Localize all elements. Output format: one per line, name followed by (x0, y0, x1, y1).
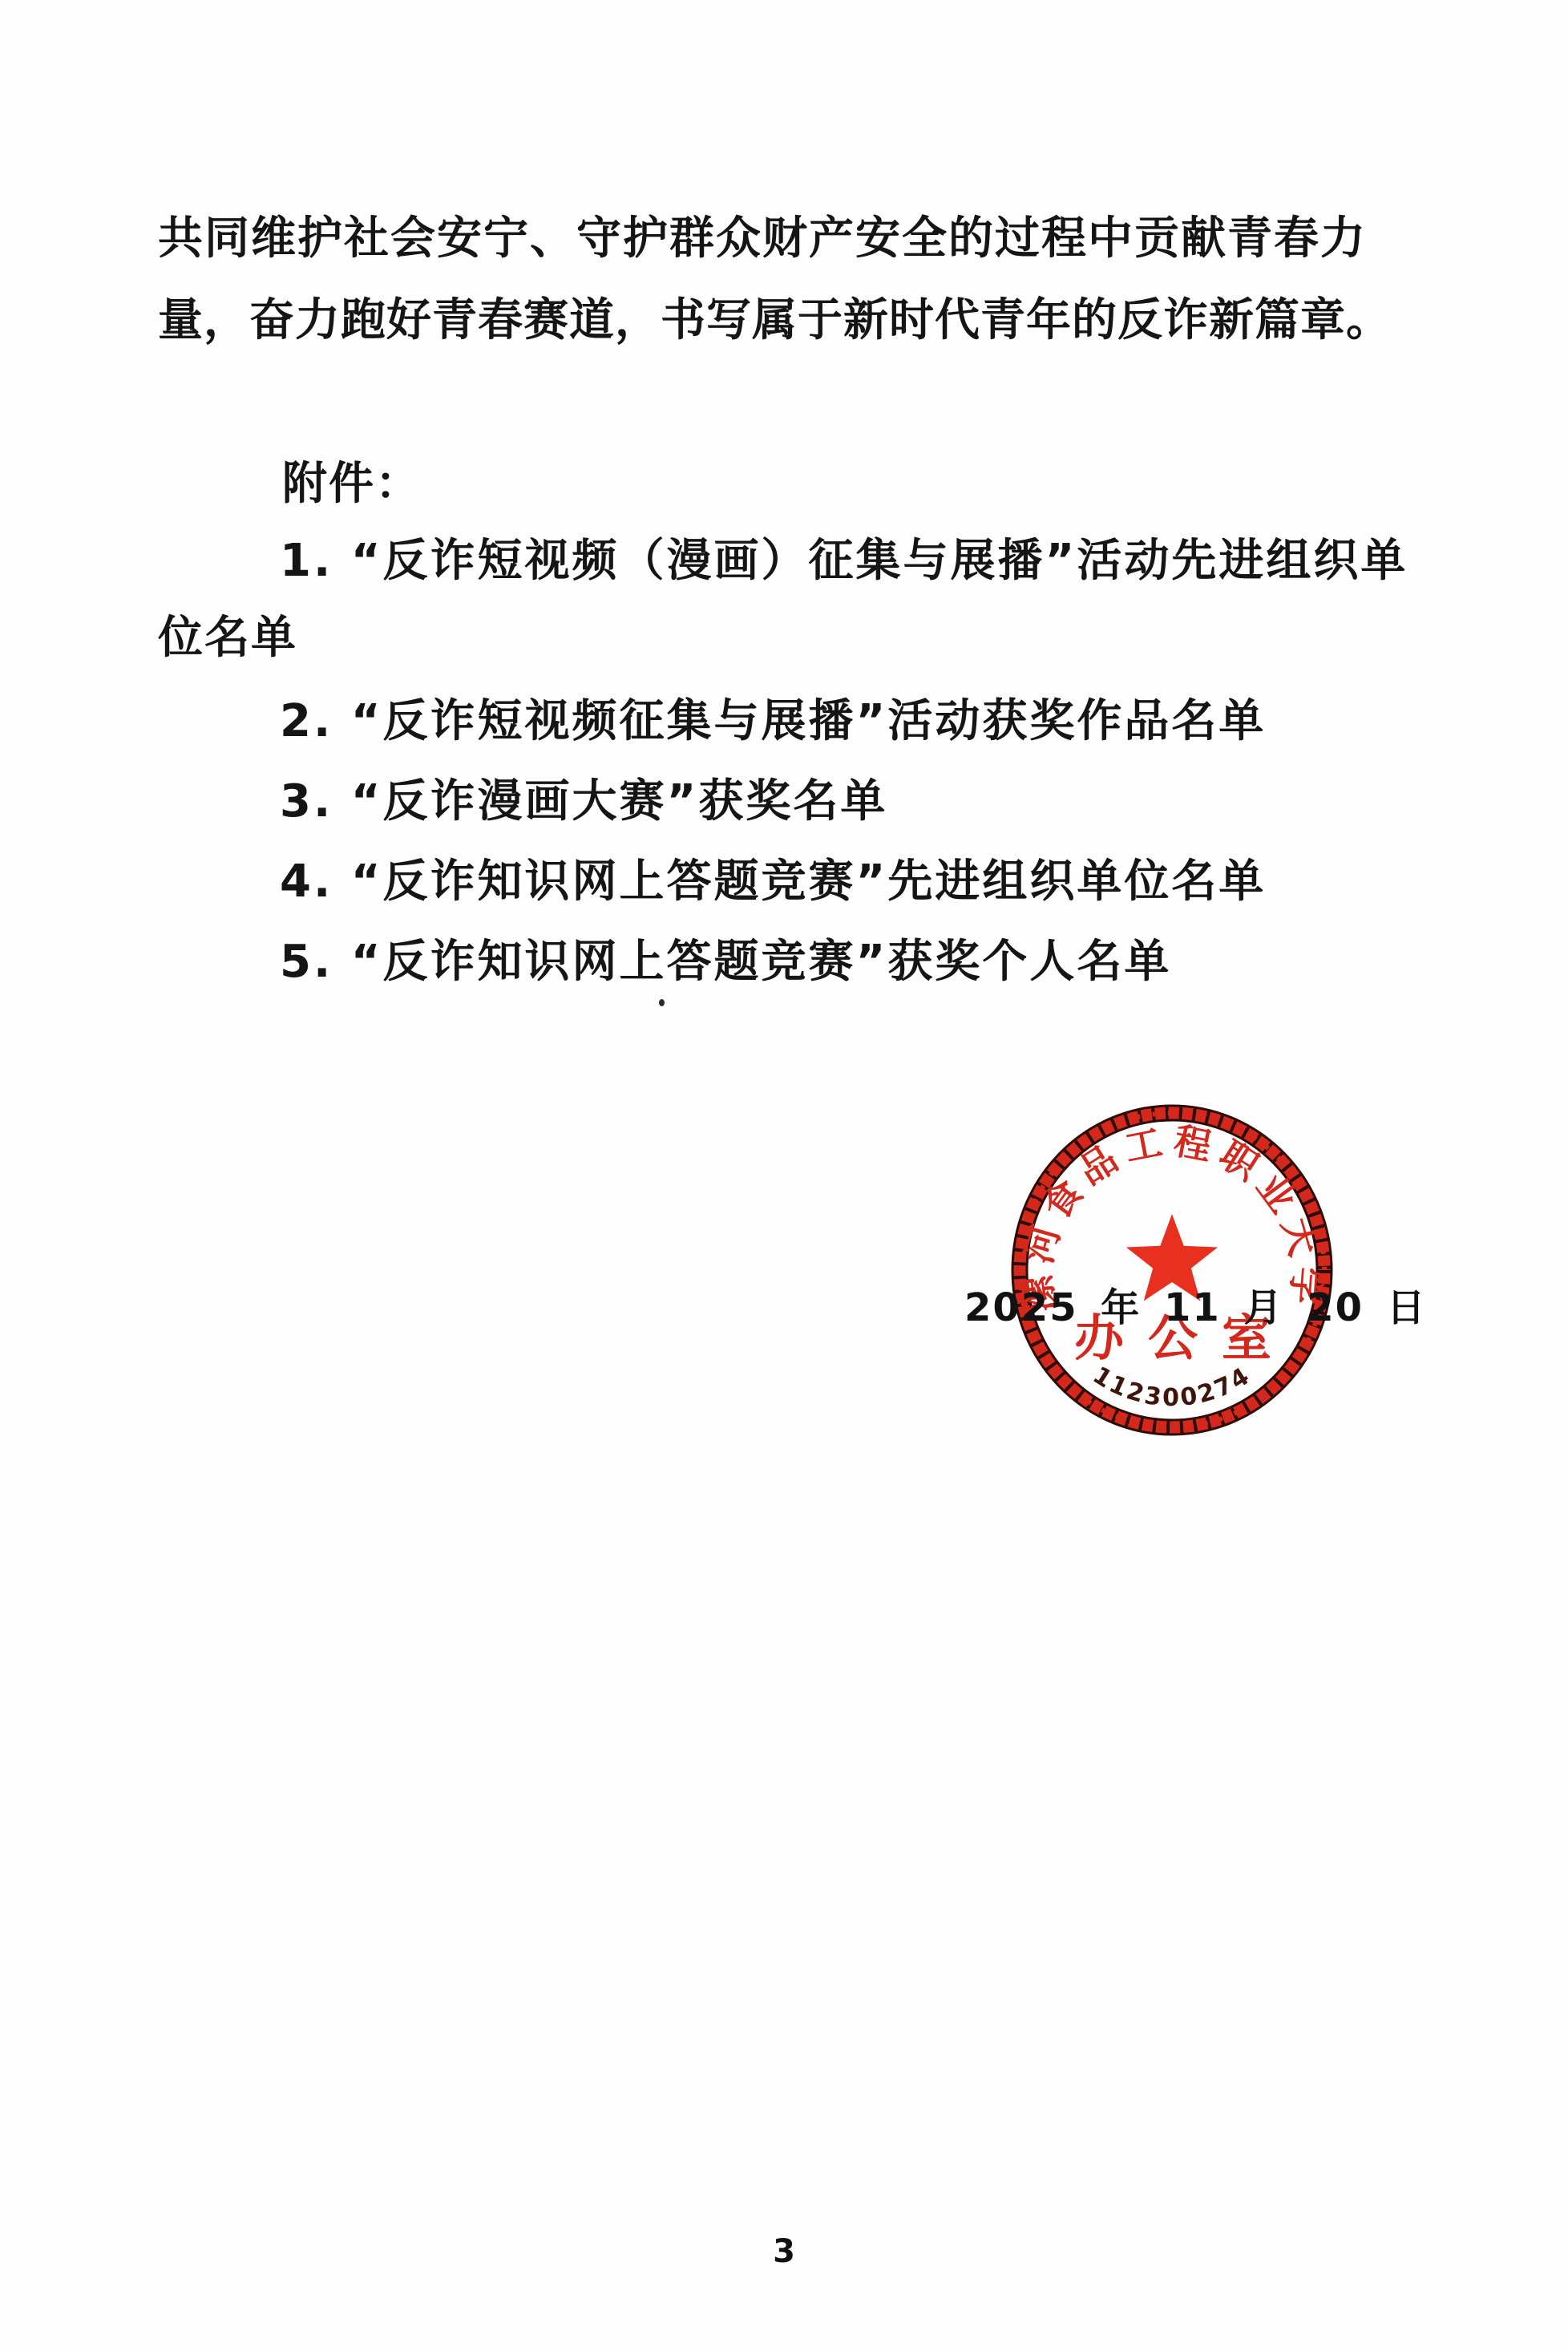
official-seal: 漯河食品工程职业大学 办公室 4111230027472 (1004, 1100, 1340, 1440)
attachment-item-4: 4. “反诈知识网上答题竞赛”先进组织单位名单 (280, 856, 1266, 908)
attachment-item-1-continuation: 位名单 (158, 613, 297, 664)
document-page: 共同维护社会安宁、守护群众财产安全的过程中贡献青春力 量，奋力跑好青春赛道，书写… (0, 0, 1568, 2351)
attachment-item-2: 2. “反诈短视频征集与展播”活动获奖作品名单 (280, 696, 1266, 747)
paragraph-line-2: 量，奋力跑好青春赛道，书写属于新时代青年的反诈新篇章。 (158, 295, 1392, 346)
paragraph-line-1: 共同维护社会安宁、守护群众财产安全的过程中贡献青春力 (158, 213, 1367, 265)
attachment-item-3: 3. “反诈漫画大赛”获奖名单 (280, 776, 887, 828)
scan-artifact-dot (659, 999, 665, 1006)
document-date: 2025 年 11 月 20 日 (964, 1277, 1427, 1332)
attachment-item-1: 1. “反诈短视频（漫画）征集与展播”活动先进组织单 (280, 536, 1408, 587)
seal-graphic: 漯河食品工程职业大学 办公室 4111230027472 (1004, 1100, 1340, 1440)
page-number: 3 (0, 2233, 1568, 2270)
attachment-item-5: 5. “反诈知识网上答题竞赛”获奖个人名单 (280, 937, 1171, 988)
attachments-label: 附件： (282, 459, 422, 510)
